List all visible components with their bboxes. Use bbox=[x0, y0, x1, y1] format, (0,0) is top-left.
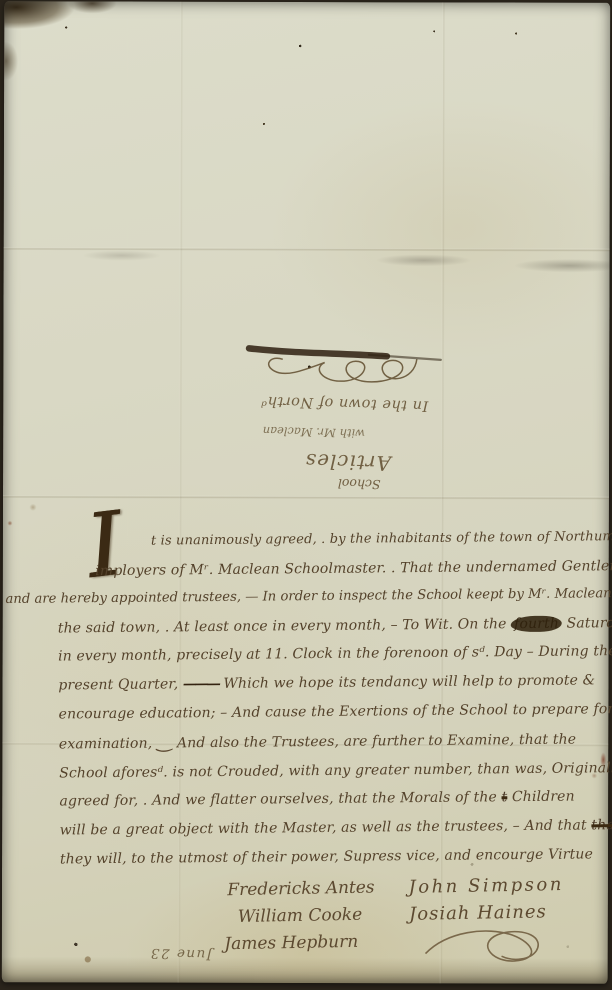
heavy-dash-rule: ——— bbox=[183, 676, 219, 692]
body-line-11-text: will be a great object with the Master, … bbox=[60, 817, 592, 838]
signature-fredericks-antes: Fredericks Antes bbox=[227, 875, 375, 905]
signature-john-simpson: John Simpson bbox=[408, 871, 564, 901]
body-line-10-text: agreed for, . And we flatter ourselves, … bbox=[59, 790, 501, 810]
body-line-4-text: the said town, . At least once in every … bbox=[58, 616, 512, 636]
body-line-10-text: Children bbox=[507, 789, 575, 806]
body-line-8-text: examination, bbox=[59, 736, 157, 753]
signature-william-cooke: William Cooke bbox=[238, 902, 376, 932]
body-line-8-text: And also the Trustees, are further to Ex… bbox=[172, 732, 576, 752]
body-line-8: examination, ‿ And also the Trustees, ar… bbox=[33, 723, 599, 759]
agreement-body: t is unanimously agreed, . by the inhabi… bbox=[31, 523, 600, 874]
paper-sheet: School Articles with Mr. Maclean In the … bbox=[2, 1, 611, 984]
docket-endorsement: School Articles with Mr. Maclean In the … bbox=[227, 333, 461, 496]
signature-column-left: Fredericks Antes William Cooke James Hep… bbox=[215, 875, 376, 970]
ink-scribble-flourish bbox=[242, 336, 449, 394]
signature-column-right: John Simpson Josiah Haines bbox=[408, 871, 565, 966]
signature-james-hepburn: James Hepburn bbox=[224, 928, 376, 958]
body-line-6-text: present Quarter, bbox=[58, 676, 183, 693]
body-line-12: they will, to the utmost of their power,… bbox=[34, 840, 600, 874]
fold-crease-horizontal bbox=[4, 247, 610, 252]
signature-flourish bbox=[417, 921, 550, 965]
date-note: June 23 bbox=[138, 944, 224, 962]
pen-loop-flourish: ‿ bbox=[157, 731, 173, 753]
document-scan: School Articles with Mr. Maclean In the … bbox=[0, 0, 612, 990]
blotted-word: fourth bbox=[511, 615, 562, 631]
struck-word: that bbox=[591, 817, 612, 833]
signature-block: Fredericks Antes William Cooke James Hep… bbox=[215, 871, 565, 969]
body-line-6-text: Which we hope its tendancy will help to … bbox=[219, 672, 596, 692]
body-line-4-text: Saturday bbox=[562, 615, 612, 632]
